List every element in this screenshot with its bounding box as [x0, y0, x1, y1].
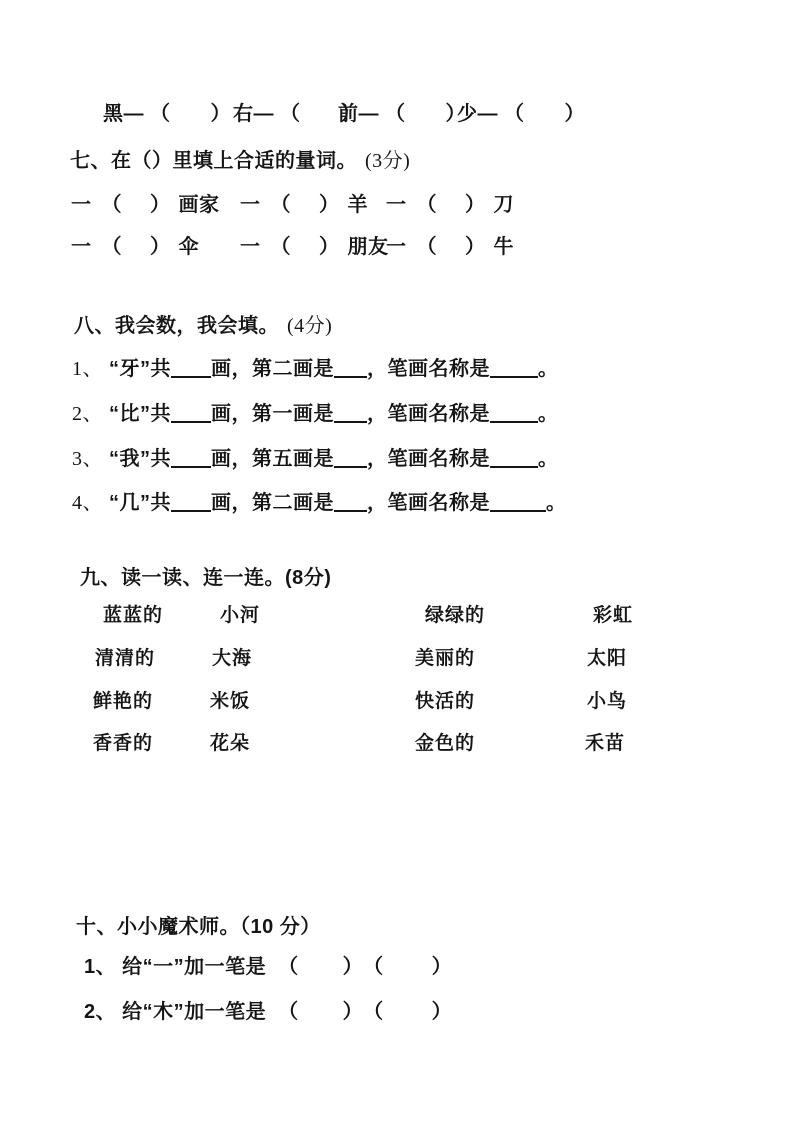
antonym-word: 黑— [103, 103, 144, 125]
q9-heading-text: 九、读一读、连一连。 [80, 567, 285, 589]
paren-open: （ [417, 194, 438, 216]
paren-open: （ [278, 1001, 299, 1023]
match-word: 清清的 [95, 646, 155, 672]
magic-text: 给“一”加一笔是 [122, 956, 266, 978]
measure-pre: 一 [71, 194, 92, 216]
q8-score: (4分) [287, 315, 332, 337]
stroke-part2: 画，第一画是 [211, 403, 334, 425]
match-word: 美丽的 [415, 646, 475, 672]
antonym-pair-black: 黑—（） [103, 101, 231, 127]
paren-close: ） [150, 194, 171, 216]
stroke-item-ji: 4、“几”共画，第二画是，笔画名称是。 [72, 490, 567, 516]
measure-noun: 朋友 [348, 236, 389, 258]
match-word: 绿绿的 [425, 603, 485, 629]
match-word: 鲜艳的 [93, 689, 153, 715]
measure-pre: 一 [240, 236, 261, 258]
stroke-end: 。 [538, 448, 559, 470]
measure-noun: 牛 [494, 236, 515, 258]
stroke-part3: ，笔画名称是 [367, 403, 490, 425]
paren-close: ） [150, 236, 171, 258]
answer-blank [171, 452, 211, 468]
measure-word-item-knife: 一（）刀 [386, 192, 514, 218]
answer-blank [171, 362, 211, 378]
answer-blank [490, 452, 538, 468]
match-word: 米饭 [210, 689, 250, 715]
magic-item-one: 1、给“一”加一笔是（）（） [84, 954, 452, 980]
measure-word-item-umbrella: 一（）伞 [71, 234, 199, 260]
match-word: 金色的 [415, 731, 475, 757]
magic-text: 给“木”加一笔是 [122, 1001, 266, 1023]
item-number: 4、 [72, 492, 103, 514]
match-word: 花朵 [210, 731, 250, 757]
q10-heading: 十、小小魔术师。（10 分） [76, 914, 321, 940]
q7-score: (3分) [365, 150, 410, 172]
stroke-part3: ，笔画名称是 [367, 358, 490, 380]
answer-blank [334, 407, 367, 423]
answer-blank [490, 407, 538, 423]
measure-noun: 伞 [179, 236, 200, 258]
stroke-part1: “比”共 [109, 403, 171, 425]
worksheet-page: 黑—（） 右—（） 前—（） 少—（） 七、在（）里填上合适的量词。(3分) 一… [0, 0, 793, 1122]
paren-open: （ [150, 103, 171, 125]
measure-word-item-sheep: 一（）羊 [240, 192, 368, 218]
antonym-pair-few: 少—（） [457, 101, 585, 127]
stroke-part2: 画，第五画是 [211, 448, 334, 470]
measure-noun: 刀 [494, 194, 515, 216]
answer-blank [334, 452, 367, 468]
paren-close: ） [343, 1001, 364, 1023]
stroke-item-bi: 2、“比”共画，第一画是，笔画名称是。 [72, 401, 559, 427]
measure-pre: 一 [386, 194, 407, 216]
q7-heading: 七、在（）里填上合适的量词。(3分) [70, 148, 410, 174]
answer-blank [171, 496, 211, 512]
antonym-word: 右— [233, 103, 274, 125]
q9-heading: 九、读一读、连一连。(8分) [80, 565, 331, 591]
measure-pre: 一 [386, 236, 407, 258]
match-word: 小鸟 [587, 689, 627, 715]
paren-open: （ [102, 236, 123, 258]
match-word: 太阳 [587, 646, 627, 672]
match-word: 禾苗 [585, 731, 625, 757]
stroke-end: 。 [546, 492, 567, 514]
q8-heading-text: 八、我会数，我会填。 [74, 315, 279, 337]
measure-word-item-friend: 一（）朋友 [240, 234, 389, 260]
paren-close: ） [319, 194, 340, 216]
item-number: 2、 [84, 1001, 116, 1023]
stroke-part1: “牙”共 [109, 358, 171, 380]
stroke-end: 。 [538, 403, 559, 425]
q10-score: （10 分） [240, 916, 321, 938]
paren-close: ） [465, 236, 486, 258]
paren-open: （ [102, 194, 123, 216]
stroke-part1: “我”共 [109, 448, 171, 470]
answer-blank [171, 407, 211, 423]
antonym-word: 少— [457, 103, 498, 125]
measure-noun: 画家 [179, 194, 220, 216]
stroke-item-wo: 3、“我”共画，第五画是，笔画名称是。 [72, 446, 559, 472]
paren-close: ） [432, 1001, 453, 1023]
magic-item-wood: 2、给“木”加一笔是（）（） [84, 999, 452, 1025]
answer-blank [334, 496, 367, 512]
paren-close: ） [211, 103, 232, 125]
item-number: 2、 [72, 403, 103, 425]
match-word: 快活的 [415, 689, 475, 715]
match-word: 大海 [212, 646, 252, 672]
stroke-part3: ，笔画名称是 [367, 492, 490, 514]
answer-blank [490, 362, 538, 378]
measure-word-item-ox: 一（）牛 [386, 234, 514, 260]
paren-open: （ [504, 103, 525, 125]
match-word: 小河 [220, 603, 260, 629]
item-number: 3、 [72, 448, 103, 470]
antonym-pair-front: 前—（） [338, 101, 466, 127]
paren-open: （ [417, 236, 438, 258]
stroke-part2: 画，第二画是 [211, 492, 334, 514]
stroke-end: 。 [538, 358, 559, 380]
paren-open: （ [271, 194, 292, 216]
measure-pre: 一 [240, 194, 261, 216]
measure-pre: 一 [71, 236, 92, 258]
paren-close: ） [432, 956, 453, 978]
measure-noun: 羊 [348, 194, 369, 216]
measure-word-item-painter: 一（）画家 [71, 192, 220, 218]
match-word: 蓝蓝的 [103, 603, 163, 629]
stroke-item-ya: 1、“牙”共画，第二画是，笔画名称是。 [72, 356, 559, 382]
stroke-part2: 画，第二画是 [211, 358, 334, 380]
answer-blank [334, 362, 367, 378]
antonym-word: 前— [338, 103, 379, 125]
stroke-part1: “几”共 [109, 492, 171, 514]
paren-open: （ [373, 956, 384, 978]
paren-open: （ [373, 1001, 384, 1023]
q7-heading-text: 七、在（）里填上合适的量词。 [70, 150, 357, 172]
match-word: 香香的 [93, 731, 153, 757]
item-number: 1、 [72, 358, 103, 380]
item-number: 1、 [84, 956, 116, 978]
paren-close: ） [565, 103, 586, 125]
paren-open: （ [385, 103, 406, 125]
paren-close: ） [465, 194, 486, 216]
paren-open: （ [280, 103, 301, 125]
stroke-part3: ，笔画名称是 [367, 448, 490, 470]
match-word: 彩虹 [593, 603, 633, 629]
paren-close: ） [319, 236, 340, 258]
paren-open: （ [271, 236, 292, 258]
q10-heading-text: 十、小小魔术师。 [76, 916, 240, 938]
paren-open: （ [278, 956, 299, 978]
q8-heading: 八、我会数，我会填。(4分) [74, 313, 332, 339]
answer-blank [490, 496, 546, 512]
q9-score: (8分) [285, 567, 331, 589]
paren-close: ） [343, 956, 364, 978]
